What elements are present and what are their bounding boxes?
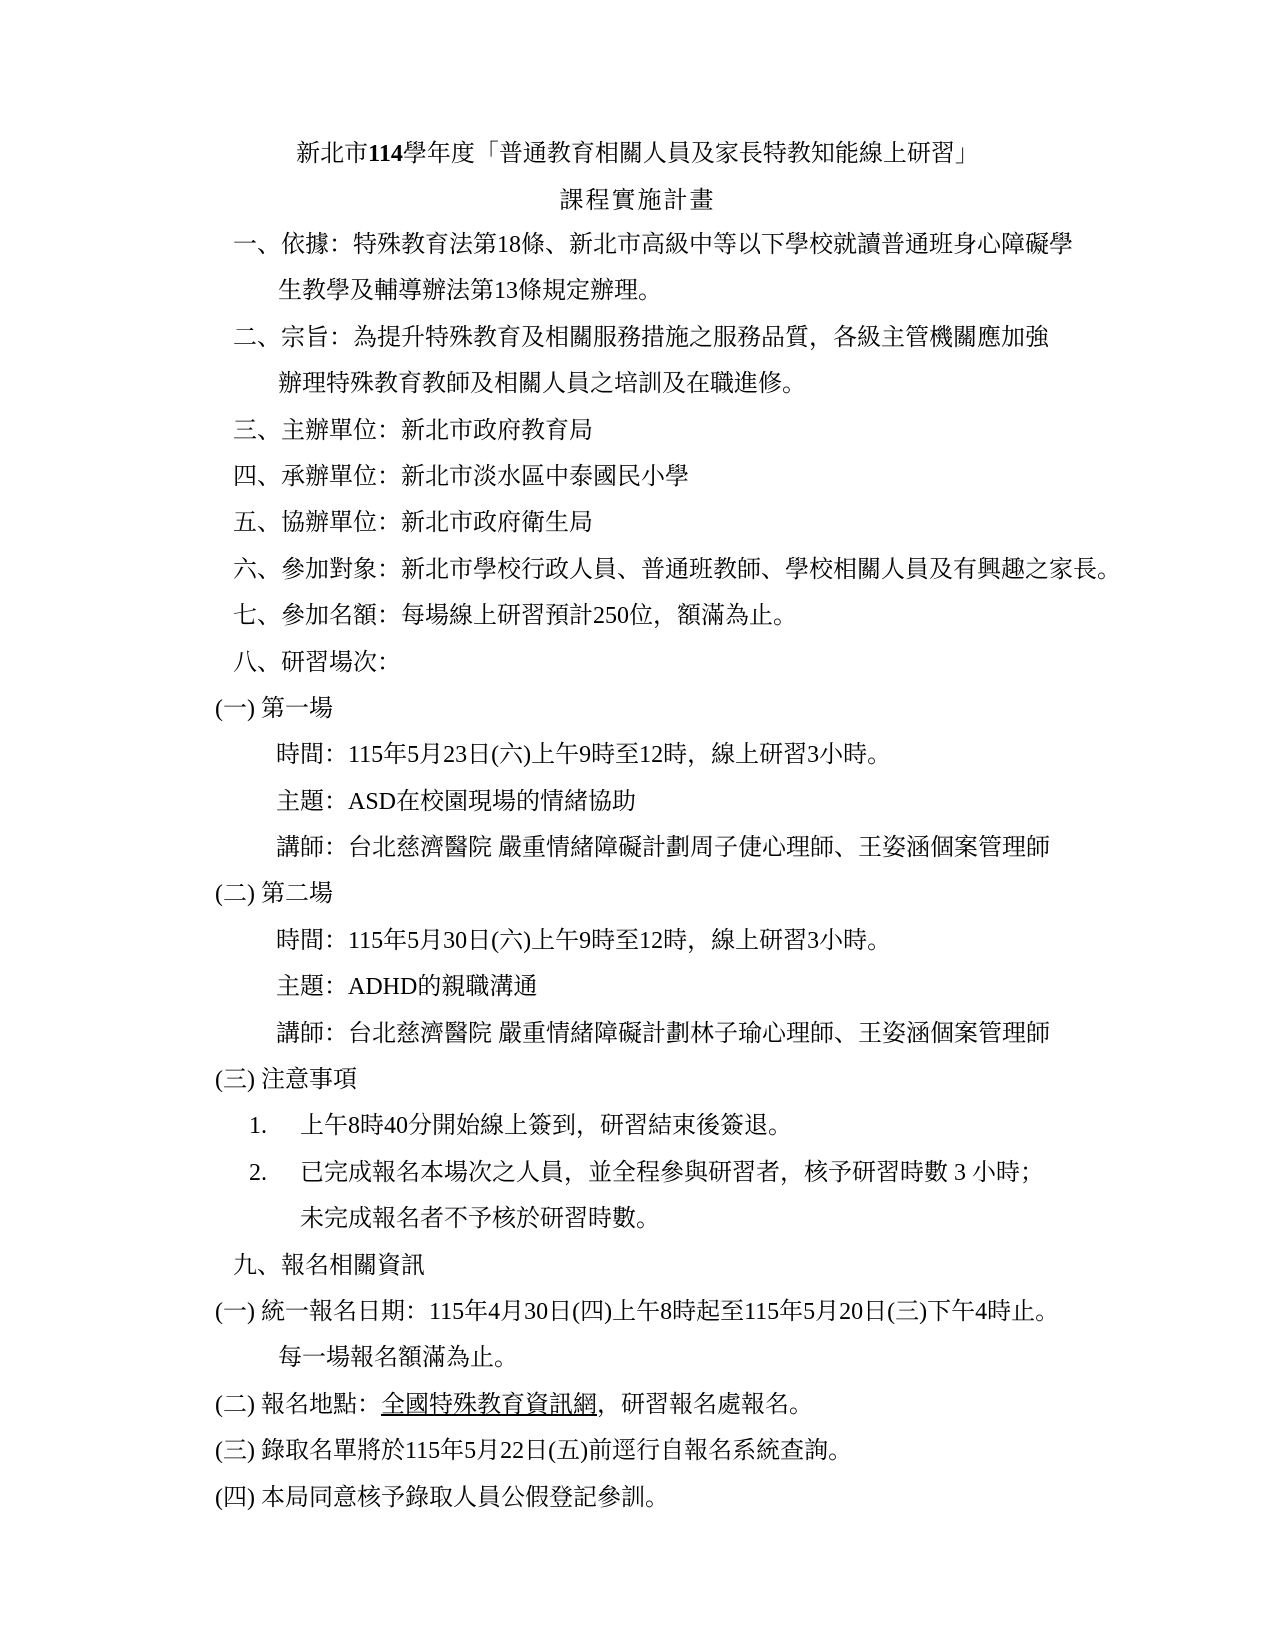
doc-title-year: 114 [368, 141, 403, 167]
line-basis: 一、依據：特殊教育法第18條、新北市高級中等以下學校就讀普通班身心障礙學 [0, 222, 1275, 268]
doc-subtitle: 課程實施計畫 [0, 178, 1275, 224]
note-1-text: 上午8時40分開始線上簽到，研習結束後簽退。 [300, 1113, 792, 1139]
line-session-2-topic: 主題：ADHD的親職溝通 [0, 964, 1275, 1010]
note-1-number: 1. [249, 1103, 300, 1149]
line-registration-site: (二) 報名地點：全國特殊教育資訊網，研習報名處報名。 [0, 1382, 1275, 1428]
line-official-leave: (四) 本局同意核予錄取人員公假登記參訓。 [0, 1475, 1275, 1521]
document-page: 新北市114學年度「普通教育相關人員及家長特教知能線上研習」 課程實施計畫 一、… [0, 0, 1275, 1650]
doc-title-suffix: 學年度「普通教育相關人員及家長特教知能線上研習」 [403, 141, 979, 167]
note-2-text: 已完成報名本場次之人員，並全程參與研習者，核予研習時數 3 小時； [300, 1160, 1044, 1186]
doc-title-prefix: 新北市 [296, 141, 368, 167]
line-session-2: (二) 第二場 [0, 871, 1275, 917]
registration-site-post: ，研習報名處報名。 [597, 1392, 813, 1418]
line-quota: 七、參加名額：每場線上研習預計250位，額滿為止。 [0, 593, 1275, 639]
line-purpose-cont: 辦理特殊教育教師及相關人員之培訓及在職進修。 [0, 361, 1275, 407]
line-note-2-cont: 未完成報名者不予核於研習時數。 [0, 1196, 1275, 1242]
title-block: 新北市114學年度「普通教育相關人員及家長特教知能線上研習」 課程實施計畫 [0, 130, 1275, 224]
line-registration-date: (一) 統一報名日期：115年4月30日(四)上午8時起至115年5月20日(三… [0, 1289, 1275, 1335]
line-session-2-time: 時間：115年5月30日(六)上午9時至12時，線上研習3小時。 [0, 918, 1275, 964]
doc-title: 新北市114學年度「普通教育相關人員及家長特教知能線上研習」 [0, 130, 1275, 178]
line-note-2: 2.已完成報名本場次之人員，並全程參與研習者，核予研習時數 3 小時； [0, 1150, 1275, 1196]
line-session-1-time: 時間：115年5月23日(六)上午9時至12時，線上研習3小時。 [0, 732, 1275, 778]
line-registration-date-cont: 每一場報名額滿為止。 [0, 1335, 1275, 1381]
document-body: 一、依據：特殊教育法第18條、新北市高級中等以下學校就讀普通班身心障礙學 生教學… [0, 222, 1275, 1521]
line-session-1: (一) 第一場 [0, 686, 1275, 732]
line-executing-school: 四、承辦單位：新北市淡水區中泰國民小學 [0, 454, 1275, 500]
line-registration-header: 九、報名相關資訊 [0, 1243, 1275, 1289]
note-2-number: 2. [249, 1150, 300, 1196]
registration-site-pre: (二) 報名地點： [215, 1392, 381, 1418]
line-organizer: 三、主辦單位：新北市政府教育局 [0, 408, 1275, 454]
line-session-1-topic: 主題：ASD在校園現場的情緒協助 [0, 779, 1275, 825]
registration-site-link[interactable]: 全國特殊教育資訊網 [381, 1392, 597, 1418]
line-session-1-speaker: 講師：台北慈濟醫院 嚴重情緒障礙計劃周子倢心理師、王姿涵個案管理師 [0, 825, 1275, 871]
line-note-1: 1.上午8時40分開始線上簽到，研習結束後簽退。 [0, 1103, 1275, 1149]
line-participants: 六、參加對象：新北市學校行政人員、普通班教師、學校相關人員及有興趣之家長。 [0, 547, 1275, 593]
line-basis-cont: 生教學及輔導辦法第13條規定辦理。 [0, 268, 1275, 314]
line-admission-list: (三) 錄取名單將於115年5月22日(五)前逕行自報名系統查詢。 [0, 1428, 1275, 1474]
line-co-organizer: 五、協辦單位：新北市政府衛生局 [0, 500, 1275, 546]
line-sessions-header: 八、研習場次： [0, 640, 1275, 686]
line-notes-header: (三) 注意事項 [0, 1057, 1275, 1103]
line-purpose: 二、宗旨：為提升特殊教育及相關服務措施之服務品質，各級主管機關應加強 [0, 315, 1275, 361]
line-session-2-speaker: 講師：台北慈濟醫院 嚴重情緒障礙計劃林子瑜心理師、王姿涵個案管理師 [0, 1011, 1275, 1057]
